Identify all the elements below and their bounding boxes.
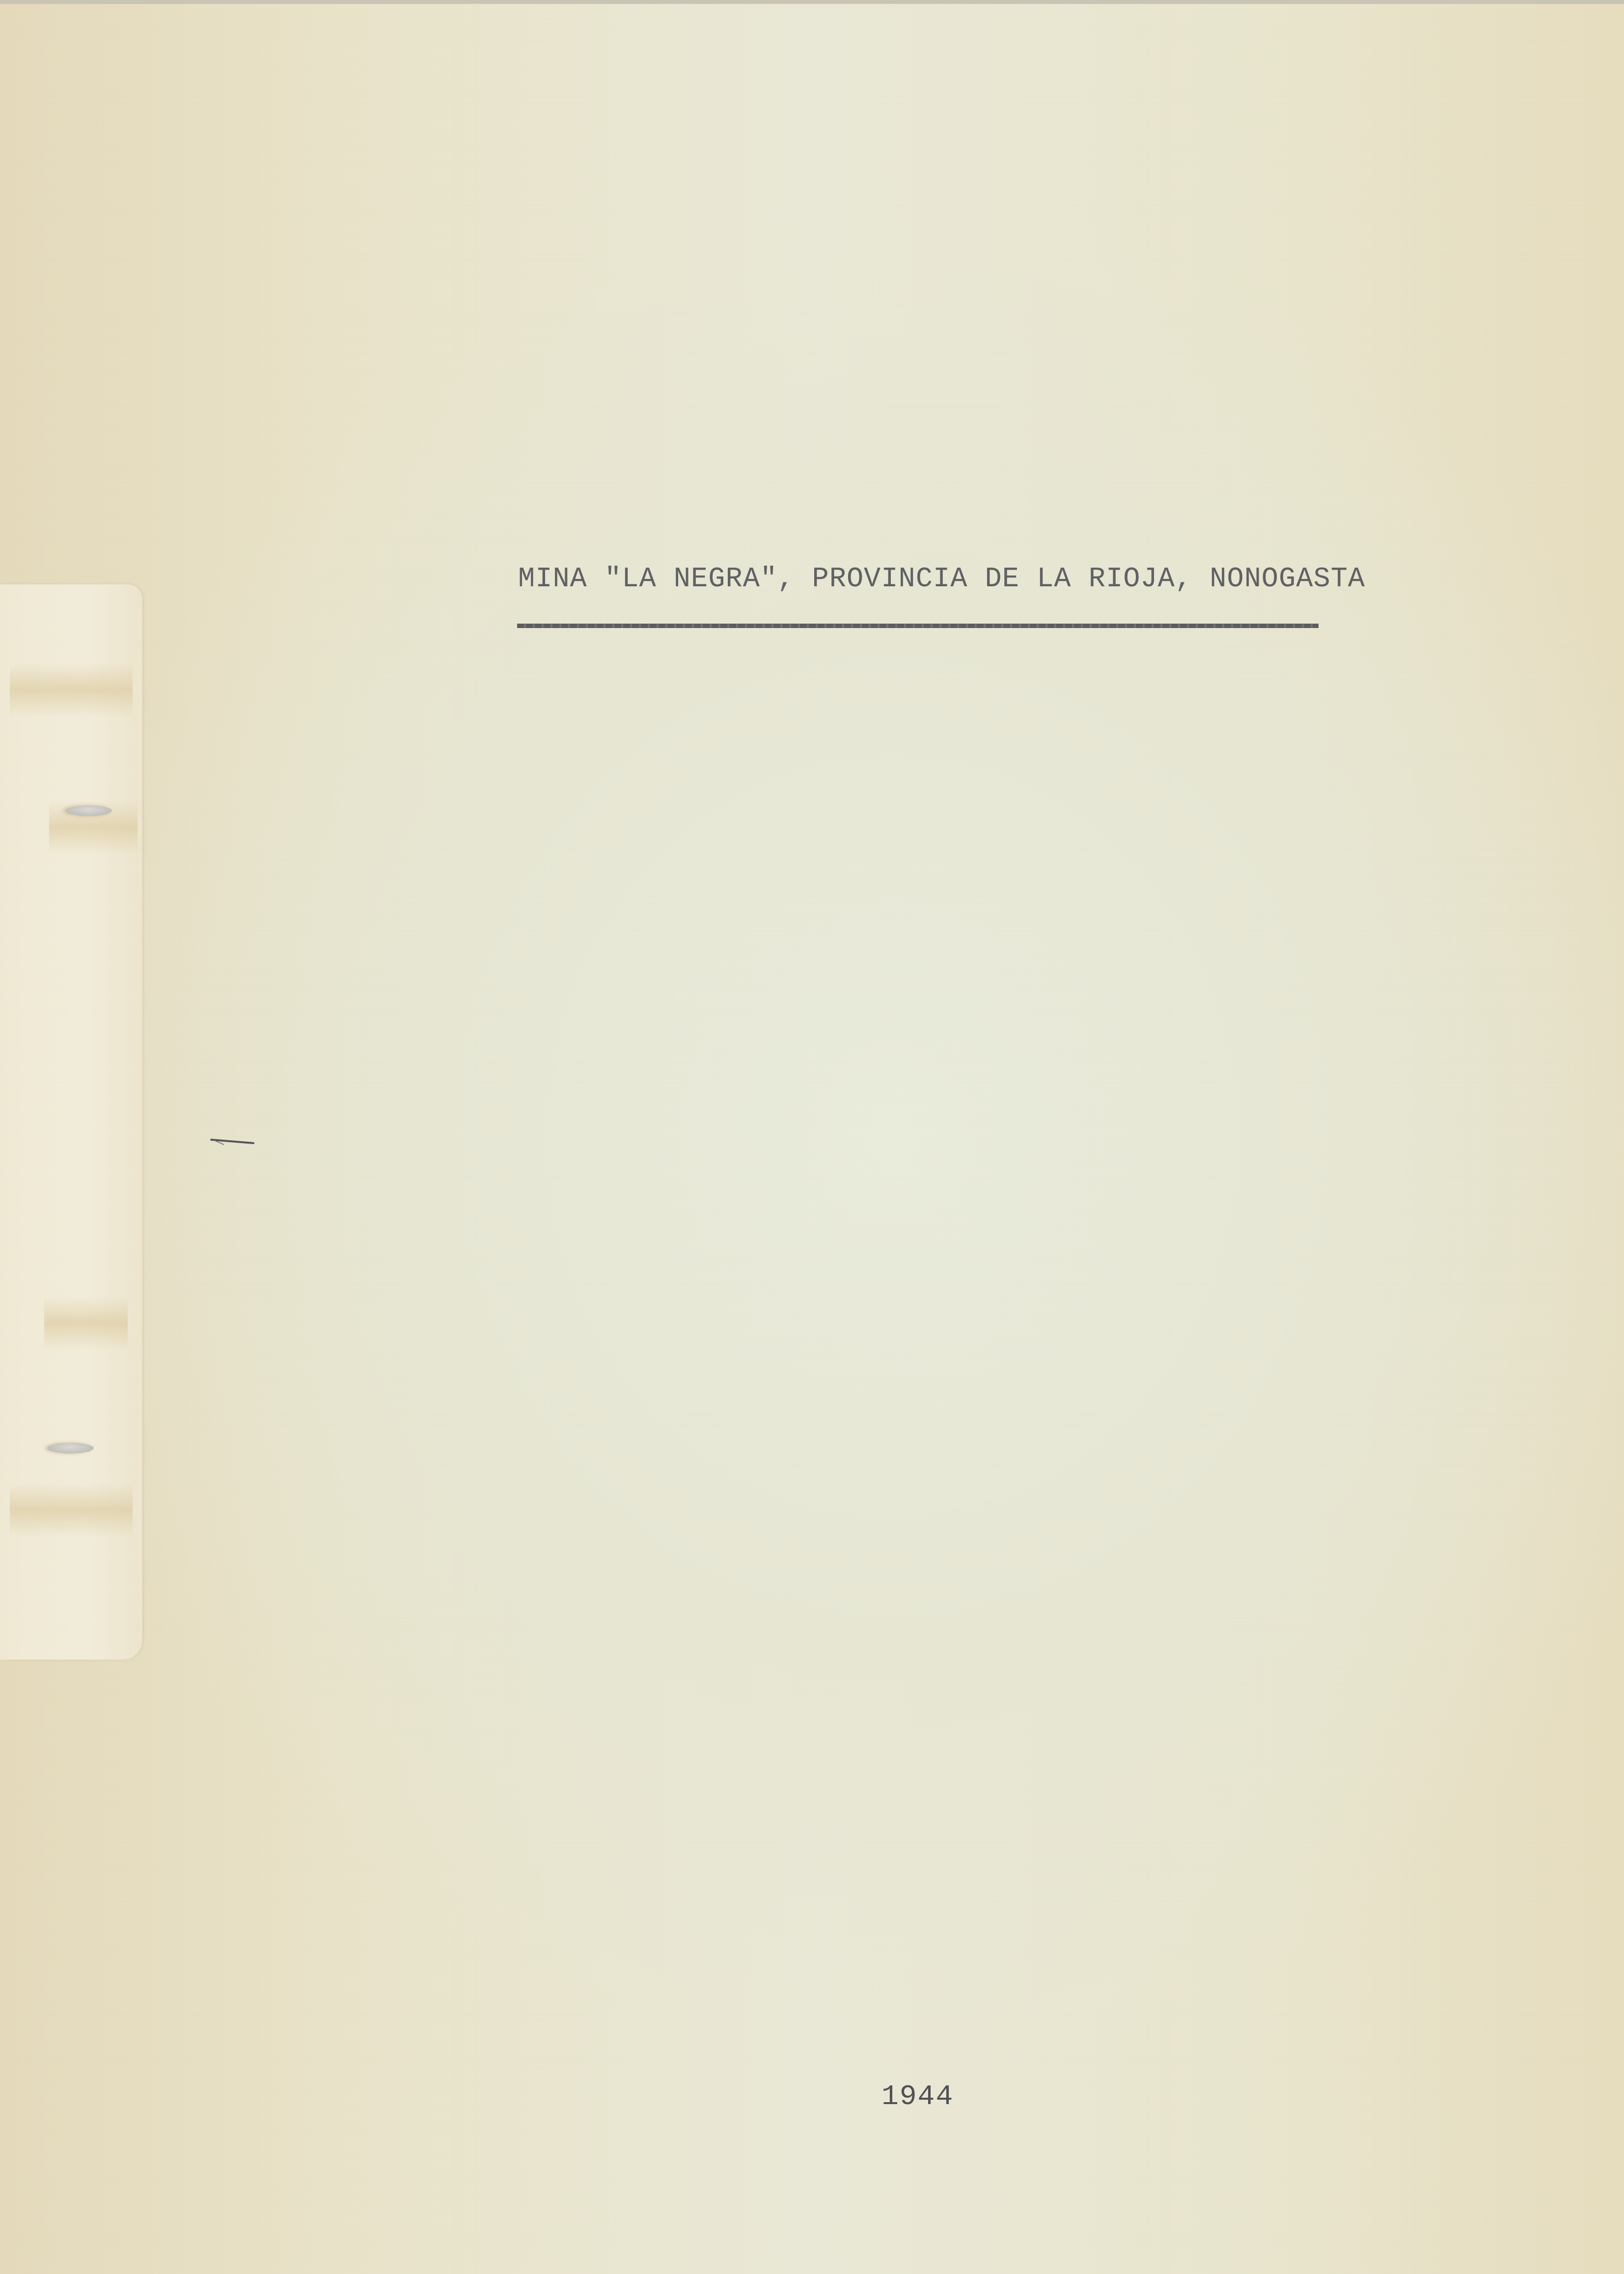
document-year: 1944 <box>881 2081 954 2113</box>
binding-strip <box>0 584 142 1660</box>
pen-stroke-icon <box>210 1138 254 1145</box>
title-underline <box>517 624 1319 628</box>
punch-hole-icon <box>65 805 112 816</box>
faint-pencil-annotation <box>958 958 1262 1085</box>
punch-hole-icon <box>47 1443 94 1453</box>
strip-stain <box>44 1296 128 1350</box>
scan-top-edge <box>0 0 1624 4</box>
document-title: MINA "LA NEGRA", PROVINCIA DE LA RIOJA, … <box>518 564 1365 595</box>
strip-stain <box>10 663 133 717</box>
strip-stain <box>10 1483 133 1537</box>
